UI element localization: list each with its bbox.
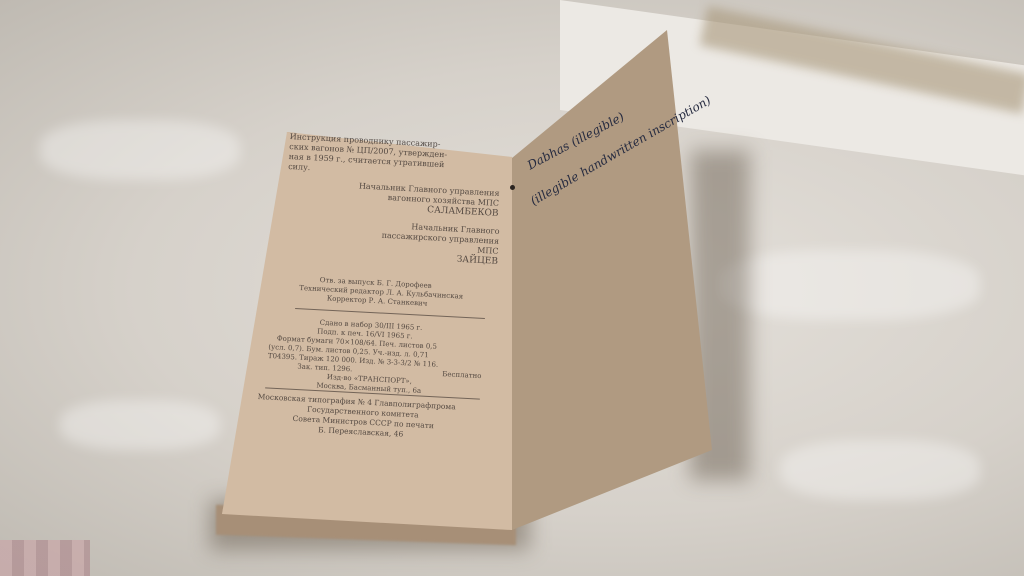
intro-paragraph: Инструкция проводнику пассажир- ских ваг… <box>288 132 448 180</box>
cloth-fold <box>780 440 980 500</box>
pixelated-watermark <box>0 540 90 576</box>
cloth-fold <box>60 400 220 450</box>
cloth-fold <box>40 120 240 180</box>
cloth-fold <box>720 250 980 320</box>
print-details-block: Сдано в набор 30/III 1965 г. Подп. к печ… <box>266 316 484 399</box>
staple-dot <box>510 185 515 190</box>
